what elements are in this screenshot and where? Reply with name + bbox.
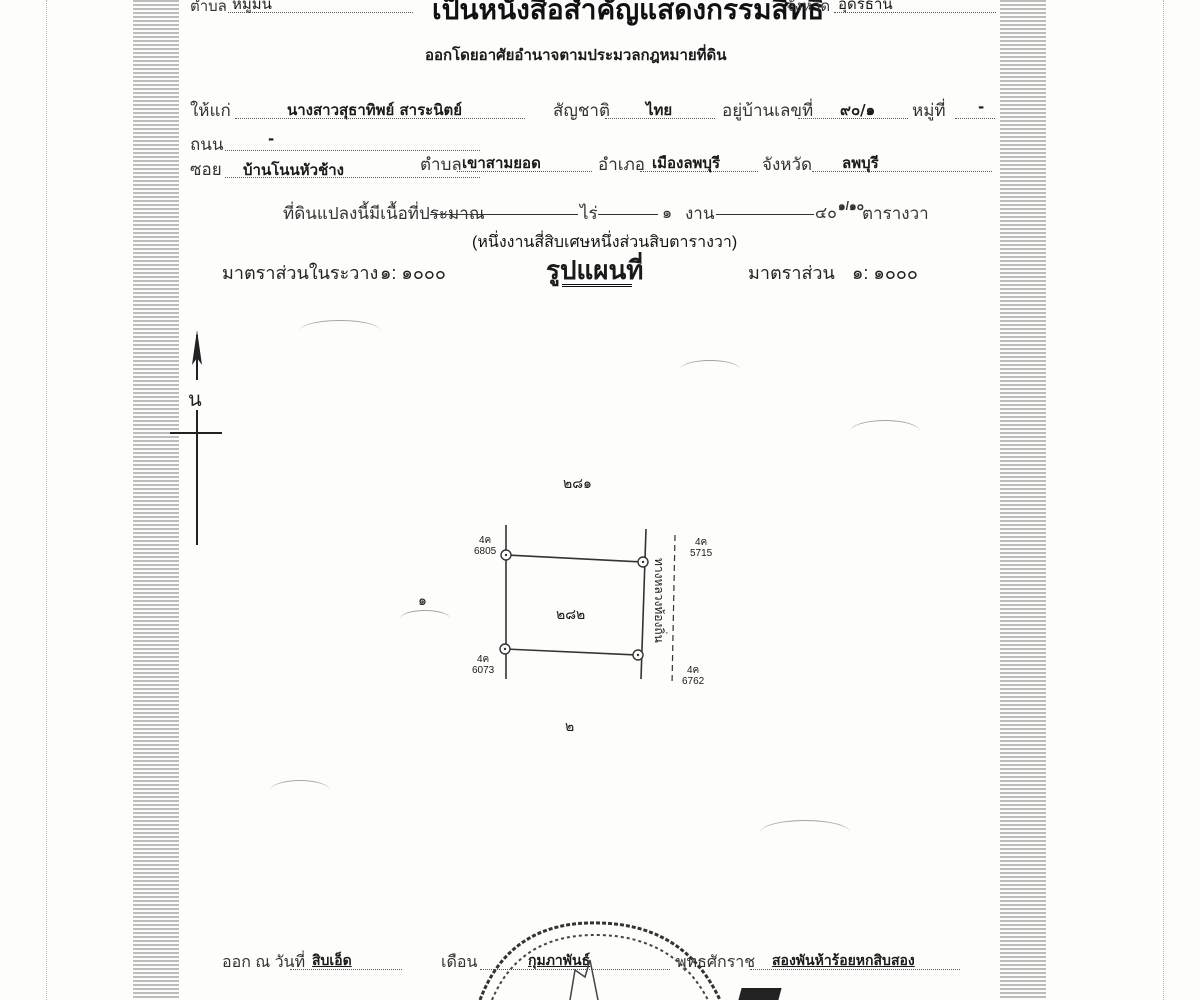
document-title: เป็นหนังสือสำคัญแสดงกรรมสิทธิ์ (432, 0, 824, 32)
house-no-value: ๙๐/๑ (840, 98, 875, 122)
paper-fiber (850, 420, 920, 443)
owner-name: นางสาวสุธาทิพย์ สาระนิตย์ (287, 98, 462, 122)
dotted-line (834, 11, 996, 13)
north-arrow-icon (170, 325, 240, 555)
dotted-line (812, 170, 992, 172)
dotted-line (955, 117, 995, 119)
to-label: ให้แก่ (190, 97, 231, 124)
document-subtitle: ออกโดยอาศัยอำนาจตามประมวลกฎหมายที่ดิน (425, 43, 727, 67)
ngan-line (598, 214, 658, 215)
boundary-marker: 4ค6805 (474, 535, 496, 557)
rai-label: ไร่ (580, 200, 598, 227)
wa-label: ตารางวา (862, 200, 929, 227)
soi-label: ซอย (190, 156, 222, 183)
road-label: ถนน (190, 131, 224, 158)
north-label: น (188, 383, 202, 415)
header-province-value: อุดรธานี (838, 0, 893, 16)
header-province-label: จังหวัด (786, 0, 830, 18)
tambon-value: เขาสามยอด (462, 151, 541, 175)
soi-value: บ้านโนนหัวช้าง (243, 158, 344, 182)
road-label: ทางหลวงท้องถิ่น (649, 558, 668, 643)
header-tambon-label: ตำบล (190, 0, 227, 18)
wa-line (716, 214, 814, 215)
issue-day: สิบเอ็ด (312, 950, 352, 972)
wa-value: ๔๐ (815, 201, 837, 226)
scale-right-value: ๑: ๑๐๐๐ (852, 258, 918, 287)
scale-left-label: มาตราส่วนในระวาง (222, 258, 378, 287)
ngan-label: งาน (685, 200, 714, 227)
amphoe-label: อำเภอ (598, 151, 645, 178)
scale-right-label: มาตราส่วน (748, 258, 835, 287)
west-parcel-number: ๑ (418, 590, 427, 612)
left-edge-line (46, 0, 48, 1000)
amphoe-value: เมืองลพบุรี (652, 151, 720, 175)
header-tambon-value: หมู่มั่น (232, 0, 272, 16)
south-parcel-number: ๒ (565, 716, 574, 738)
moo-value: - (978, 98, 984, 116)
tambon-label: ตำบล (420, 151, 462, 178)
nationality-value: ไทย (646, 98, 672, 122)
house-no-label: อยู่บ้านเลขที่ (722, 97, 813, 124)
paper-fiber (680, 360, 740, 379)
province-label: จังหวัด (762, 151, 812, 178)
boundary-marker: 4ค6073 (472, 654, 494, 676)
boundary-marker: 4ค6762 (682, 665, 704, 687)
boundary-marker: 4ค5715 (690, 537, 712, 559)
right-security-border (1000, 0, 1046, 1000)
north-parcel-number: ๒๘๑ (563, 473, 592, 495)
issued-label: ออก ณ วันที่ (222, 950, 305, 975)
scale-left-value: ๑: ๑๐๐๐ (380, 258, 446, 287)
dotted-line (228, 11, 413, 13)
ngan-value: ๑ (662, 201, 672, 226)
paper-fiber (300, 320, 380, 341)
province-value: ลพบุรี (842, 151, 879, 175)
issue-year: สองพันห้าร้อยหกสิบสอง (772, 950, 915, 972)
paper-fiber (400, 610, 450, 627)
map-title-underline (562, 284, 632, 287)
right-edge-line (1163, 0, 1165, 1000)
rai-line (430, 214, 578, 215)
official-seal-stamp (470, 915, 730, 1000)
wa-fraction: ๑/๑๐ (838, 197, 864, 216)
signature-mark (738, 988, 781, 1000)
nationality-label: สัญชาติ (553, 97, 610, 124)
moo-label: หมู่ที่ (912, 97, 946, 124)
paper-fiber (760, 820, 850, 845)
road-value: - (268, 130, 274, 148)
paper-fiber (270, 780, 330, 801)
